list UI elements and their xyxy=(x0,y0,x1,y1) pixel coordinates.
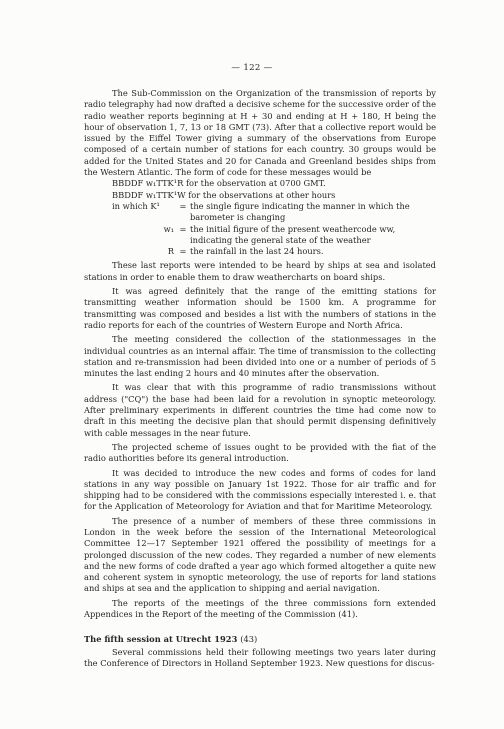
definition-w1: w₁ = the initial figure of the present w… xyxy=(84,224,436,247)
page-number: — 122 — xyxy=(0,63,504,73)
definition-r: R = the rainfall in the last 24 hours. xyxy=(84,246,436,257)
paragraph-fifth-session: Several commissions held their following… xyxy=(84,647,436,670)
paragraph-collection: The meeting considered the collection of… xyxy=(84,334,436,379)
paragraph-transmission-scheme: The Sub-Commission on the Organization o… xyxy=(84,88,436,178)
section-heading: The fifth session at Utrecht 1923 (43) xyxy=(84,634,436,645)
paragraph-range: It was agreed definitely that the range … xyxy=(84,286,436,331)
paragraph-fiat: The projected scheme of issues ought to … xyxy=(84,442,436,465)
definition-text: the initial figure of the present weathe… xyxy=(190,224,436,247)
paragraph-cq: It was clear that with this programme of… xyxy=(84,382,436,438)
paragraph-ships: These last reports were intended to be h… xyxy=(84,260,436,283)
definition-text: the single figure indicating the manner … xyxy=(190,201,436,224)
definition-equals: = xyxy=(176,246,190,257)
code-line-other-hours: BBDDF w₁TTK¹W for the observations at ot… xyxy=(84,190,436,201)
section-heading-title: The fifth session at Utrecht 1923 xyxy=(84,634,237,644)
definition-term: R xyxy=(84,246,176,257)
definition-equals: = xyxy=(176,201,190,224)
definition-term: w₁ xyxy=(84,224,176,247)
paragraph-london: The presence of a number of members of t… xyxy=(84,516,436,595)
code-line-0700: BBDDF w₁TTK¹R for the observation at 070… xyxy=(84,178,436,189)
body-text: The Sub-Commission on the Organization o… xyxy=(84,88,436,669)
definition-equals: = xyxy=(176,224,190,247)
paragraph-new-codes: It was decided to introduce the new code… xyxy=(84,468,436,513)
section-heading-ref: (43) xyxy=(240,634,257,644)
definition-term: in which K¹ xyxy=(84,201,176,224)
definition-text: the rainfall in the last 24 hours. xyxy=(190,246,436,257)
paragraph-appendices: The reports of the meetings of the three… xyxy=(84,598,436,621)
definition-k1: in which K¹ = the single figure indicati… xyxy=(84,201,436,224)
